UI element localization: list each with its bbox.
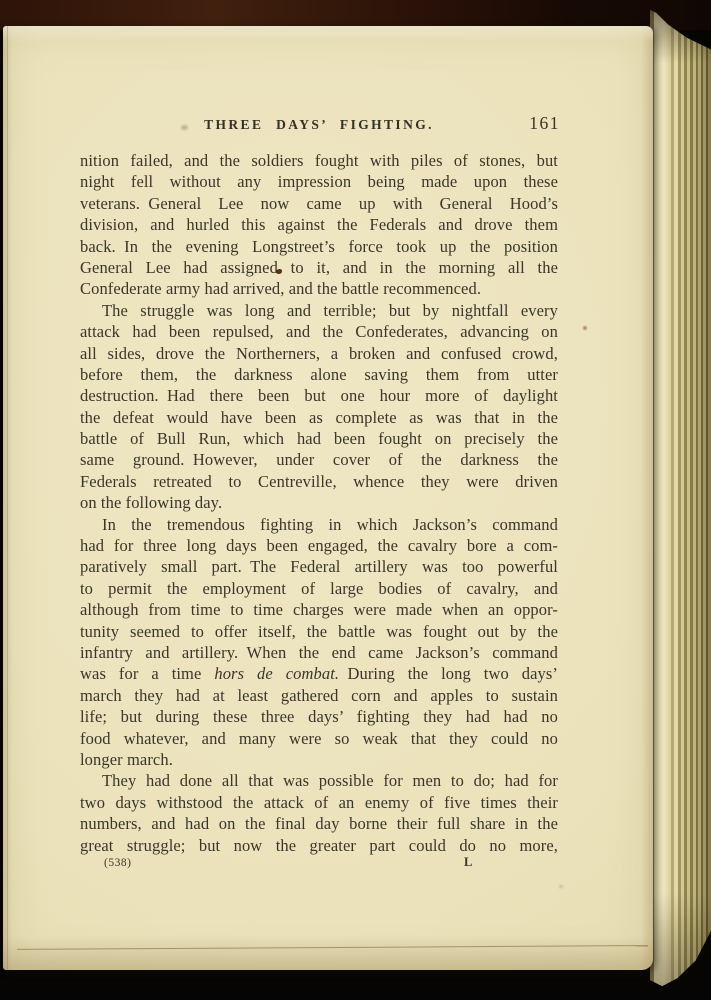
page-crease-left: [7, 26, 8, 970]
text-line: same ground. However, under cover of the…: [80, 449, 558, 470]
text-line: General Lee had assigned to it, and in t…: [80, 257, 558, 278]
text-line-with-italic: was for a time hors de combat. During th…: [80, 663, 558, 684]
running-header-title: THREE DAYS’ FIGHTING.: [80, 116, 558, 134]
text-line: battle of Bull Run, which had been fough…: [80, 428, 558, 449]
text-line: great struggle; but now the greater part…: [80, 835, 558, 856]
text-line: paratively small part. The Federal artil…: [80, 556, 558, 577]
text-line: food whatever, and many were so weak tha…: [80, 728, 558, 749]
page-bottom-edge-line: [17, 945, 648, 950]
text-line: Confederate army had arrived, and the ba…: [80, 278, 558, 299]
text-line: The struggle was long and terrible; but …: [80, 300, 558, 321]
text-line: infantry and artillery. When the end cam…: [80, 642, 558, 663]
text-line: two days withstood the attack of an enem…: [80, 792, 558, 813]
italic-phrase: hors de combat.: [214, 664, 339, 683]
text-line: march they had at least gathered corn an…: [80, 685, 558, 706]
text-segment: During the long two days’: [339, 664, 558, 683]
text-line: to permit the employment of large bodies…: [80, 578, 558, 599]
text-line: night fell without any impression being …: [80, 171, 558, 192]
text-line: longer march.: [80, 749, 558, 770]
text-line: nition failed, and the soldiers fought w…: [80, 150, 558, 171]
text-line: numbers, and had on the final day borne …: [80, 813, 558, 834]
text-line: back. In the evening Longstreet’s force …: [80, 236, 558, 257]
text-line: although from time to time charges were …: [80, 599, 558, 620]
page-text-block: nition failed, and the soldiers fought w…: [80, 150, 558, 856]
text-line: Federals retreated to Centreville, whenc…: [80, 471, 558, 492]
text-line: the defeat would have been as complete a…: [80, 407, 558, 428]
running-header: THREE DAYS’ FIGHTING. 161: [80, 116, 558, 136]
text-line: In the tremendous fighting in which Jack…: [80, 514, 558, 535]
text-line: all sides, drove the Northerners, a brok…: [80, 343, 558, 364]
text-line: on the following day.: [80, 492, 558, 513]
pink-speck: [559, 885, 563, 888]
text-line: destruction. Had there been but one hour…: [80, 385, 558, 406]
text-line: tunity seemed to offer itself, the battl…: [80, 621, 558, 642]
red-speck: [583, 326, 587, 330]
gathering-letter: L: [464, 855, 473, 870]
book-scan: THREE DAYS’ FIGHTING. 161 nition failed,…: [0, 0, 711, 1000]
text-line: attack had been repulsed, and the Confed…: [80, 321, 558, 342]
book-page-edges: [650, 4, 711, 992]
page-footer: (538) L: [80, 855, 558, 871]
page-number: 161: [529, 113, 560, 133]
text-line: They had done all that was possible for …: [80, 770, 558, 791]
text-line: division, and hurled this against the Fe…: [80, 214, 558, 235]
text-line: life; but during these three days’ fight…: [80, 706, 558, 727]
text-segment: was for a time: [80, 664, 214, 683]
text-line: had for three long days been engaged, th…: [80, 535, 558, 556]
text-line: veterans. General Lee now came up with G…: [80, 193, 558, 214]
text-line: before them, the darkness alone saving t…: [80, 364, 558, 385]
printers-signature: (538): [104, 857, 131, 869]
book-page: THREE DAYS’ FIGHTING. 161 nition failed,…: [3, 26, 653, 970]
